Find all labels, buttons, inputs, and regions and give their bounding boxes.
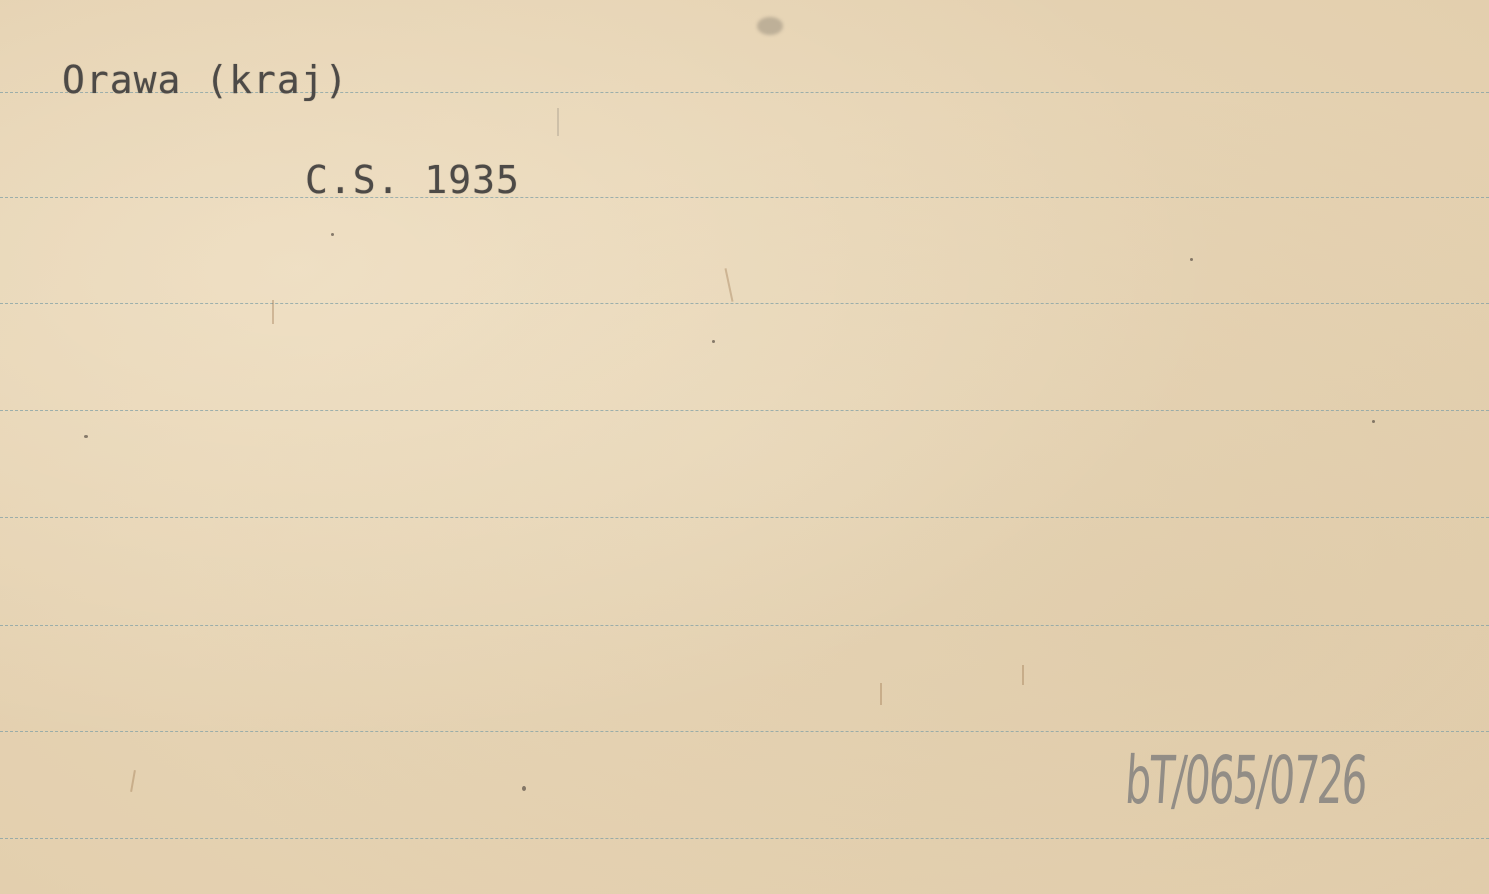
stain-mark	[757, 17, 783, 35]
paper-fiber	[724, 268, 733, 302]
paper-fiber	[880, 683, 882, 705]
call-number: bT/065/0726	[1123, 742, 1368, 819]
ruled-line	[0, 625, 1489, 626]
ruled-line	[0, 303, 1489, 304]
paper-speck	[522, 786, 526, 791]
paper-speck	[84, 435, 88, 438]
paper-fiber	[1022, 665, 1024, 685]
ruled-line	[0, 517, 1489, 518]
paper-fiber	[557, 108, 559, 136]
paper-speck	[1190, 258, 1193, 261]
paper-fiber	[272, 300, 274, 324]
catalog-card: Orawa (kraj) C.S. 1935 bT/065/0726	[0, 0, 1489, 894]
paper-speck	[712, 340, 715, 343]
ruled-line	[0, 731, 1489, 732]
card-heading: Orawa (kraj)	[62, 58, 349, 102]
ruled-line	[0, 197, 1489, 198]
card-subline: C.S. 1935	[305, 158, 520, 202]
paper-fiber	[130, 770, 136, 792]
paper-speck	[1372, 420, 1375, 423]
ruled-line	[0, 838, 1489, 839]
ruled-line	[0, 410, 1489, 411]
paper-speck	[331, 233, 334, 236]
